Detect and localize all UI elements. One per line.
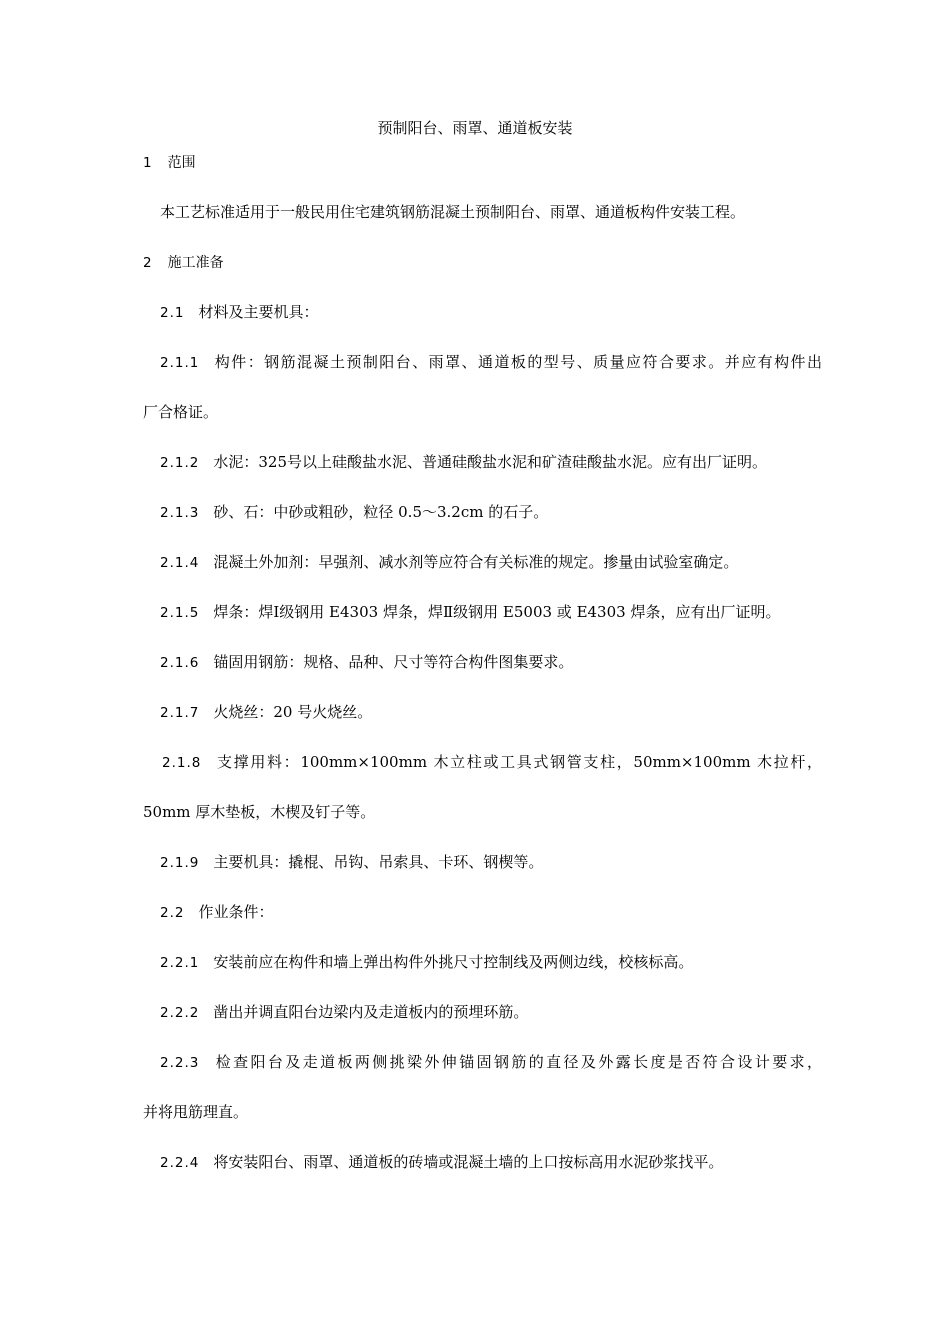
item-2-1-8: 2.1.8支撑用料：100mm×100mm 木立柱或工具式钢管支柱，50mm×1… bbox=[143, 752, 822, 773]
item-2-2-2: 2.2.2凿出并调直阳台边梁内及走道板内的预埋环筋。 bbox=[143, 1002, 825, 1023]
item-2-2-4: 2.2.4将安装阳台、雨罩、通道板的砖墙或混凝土墙的上口按标高用水泥砂浆找平。 bbox=[143, 1152, 825, 1173]
subsection-2-2: 2.2作业条件： bbox=[143, 902, 825, 923]
item-2-2-3: 2.2.3检查阳台及走道板两侧挑梁外伸锚固钢筋的直径及外露长度是否符合设计要求， bbox=[143, 1052, 822, 1073]
item-2-1-5: 2.1.5焊条：焊Ⅰ级钢用 E4303 焊条，焊Ⅱ级钢用 E5003 或 E43… bbox=[143, 602, 825, 623]
item-2-1-1-continuation: 厂合格证。 bbox=[143, 402, 808, 422]
section-heading-preparation: 2施工准备 bbox=[143, 253, 808, 273]
item-2-1-1: 2.1.1构件：钢筋混凝土预制阳台、雨罩、通道板的型号、质量应符合要求。并应有构… bbox=[143, 352, 822, 373]
item-2-1-6: 2.1.6锚固用钢筋：规格、品种、尺寸等符合构件图集要求。 bbox=[143, 652, 825, 673]
item-2-1-8-continuation: 50mm 厚木垫板，木楔及钉子等。 bbox=[143, 802, 808, 822]
item-2-1-3: 2.1.3砂、石：中砂或粗砂，粒径 0.5～3.2cm 的石子。 bbox=[143, 502, 825, 523]
item-2-1-7: 2.1.7火烧丝：20 号火烧丝。 bbox=[143, 702, 825, 723]
document-page: 预制阳台、雨罩、通道板安装 1范围 本工艺标准适用于一般民用住宅建筑钢筋混凝土预… bbox=[0, 0, 950, 1344]
document-title: 预制阳台、雨罩、通道板安装 bbox=[0, 118, 950, 138]
section-heading-scope: 1范围 bbox=[143, 153, 808, 173]
item-2-2-3-continuation: 并将甩筋理直。 bbox=[143, 1102, 808, 1122]
item-2-2-1: 2.2.1安装前应在构件和墙上弹出构件外挑尺寸控制线及两侧边线，校核标高。 bbox=[143, 952, 825, 973]
item-2-1-2: 2.1.2水泥：325号以上硅酸盐水泥、普通硅酸盐水泥和矿渣硅酸盐水泥。应有出厂… bbox=[143, 452, 825, 473]
item-2-1-9: 2.1.9主要机具：撬棍、吊钩、吊索具、卡环、钢楔等。 bbox=[143, 852, 825, 873]
subsection-2-1: 2.1材料及主要机具： bbox=[143, 302, 825, 323]
scope-paragraph: 本工艺标准适用于一般民用住宅建筑钢筋混凝土预制阳台、雨罩、通道板构件安装工程。 bbox=[143, 202, 825, 222]
item-2-1-4: 2.1.4混凝土外加剂：早强剂、减水剂等应符合有关标准的规定。掺量由试验室确定。 bbox=[143, 552, 825, 573]
